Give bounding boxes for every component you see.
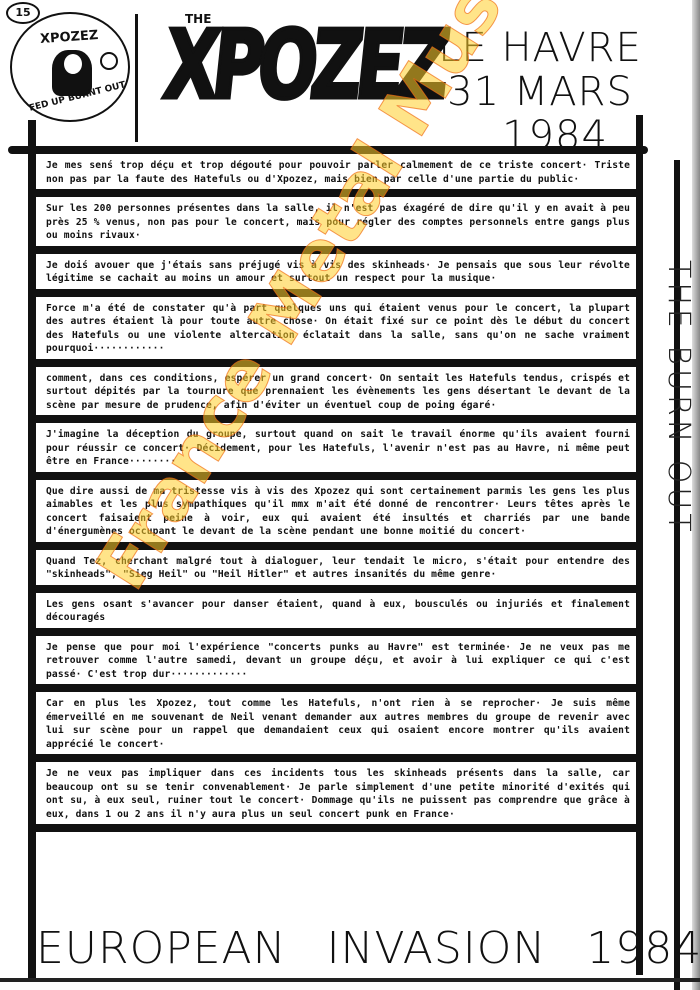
- badge-face-icon: [62, 52, 84, 76]
- footer-word-invasion: INVASION: [327, 923, 547, 974]
- paragraph-text: Quand Tez, cherchant malgré tout à dialo…: [46, 555, 630, 582]
- paragraph-text: Car en plus les Xpozez, tout comme les H…: [46, 697, 630, 751]
- article-paragraph: Que dire aussi de ma tristesse vis à vis…: [36, 480, 636, 550]
- band-logo: XPOZEZ: [160, 18, 448, 113]
- article-paragraph: Je ne veux pas impliquer dans ces incide…: [36, 762, 636, 832]
- article-paragraph: Je pense que pour moi l'expérience "conc…: [36, 636, 636, 693]
- footer-year: 1984: [586, 923, 700, 974]
- side-vertical-text: THE BURN OUT: [664, 260, 696, 680]
- badge-top-text: XPOZEZ: [40, 28, 99, 47]
- article-paragraph: comment, dans ces conditions, espérer un…: [36, 367, 636, 424]
- paragraph-text: Sur les 200 personnes présentes dans la …: [46, 202, 630, 243]
- event-date: 31 MARS: [410, 70, 670, 114]
- frame-top-bar: [8, 146, 648, 154]
- paragraph-text: Les gens osant s'avancer pour danser éta…: [46, 598, 630, 625]
- frame-right-bar: [636, 115, 643, 975]
- badge-fist-icon: [100, 52, 118, 70]
- paragraph-text: Je pense que pour moi l'expérience "conc…: [46, 641, 630, 682]
- article-paragraph: Je doiś avouer que j'étais sans préjugé …: [36, 254, 636, 297]
- frame-left-bar: [28, 120, 36, 980]
- article-paragraph: Les gens osant s'avancer pour danser éta…: [36, 593, 636, 636]
- paragraph-text: Que dire aussi de ma tristesse vis à vis…: [46, 485, 630, 539]
- paragraph-text: Je mes senś trop déçu et trop dégouté po…: [46, 159, 630, 186]
- paragraph-text: Je doiś avouer que j'étais sans préjugé …: [46, 259, 630, 286]
- paragraph-text: Force m'a été de constater qu'à part que…: [46, 302, 630, 356]
- paragraph-text: comment, dans ces conditions, espérer un…: [46, 372, 630, 413]
- paragraph-text: J'imagine la déception du groupe, surtou…: [46, 428, 630, 469]
- footer-banner: EUROPEANINVASION1984: [36, 924, 656, 974]
- article-paragraph: Car en plus les Xpozez, tout comme les H…: [36, 692, 636, 762]
- event-info: LE HAVRE 31 MARS 1984: [410, 26, 670, 158]
- bottom-rule: [0, 978, 700, 982]
- band-badge: XPOZEZ FED UP BURNT OUT: [10, 12, 130, 122]
- article-paragraph: Sur les 200 personnes présentes dans la …: [36, 197, 636, 254]
- page-number: 15: [6, 2, 40, 24]
- header-divider: [135, 14, 138, 142]
- article-paragraph: Quand Tez, cherchant malgré tout à dialo…: [36, 550, 636, 593]
- article-paragraph: J'imagine la déception du groupe, surtou…: [36, 423, 636, 480]
- article-paragraph: Je mes senś trop déçu et trop dégouté po…: [36, 154, 636, 197]
- footer-word-european: EUROPEAN: [36, 923, 287, 974]
- article-paragraph: Force m'a été de constater qu'à part que…: [36, 297, 636, 367]
- article-body: Je mes senś trop déçu et trop dégouté po…: [36, 154, 636, 832]
- paragraph-text: Je ne veux pas impliquer dans ces incide…: [46, 767, 630, 821]
- event-city: LE HAVRE: [410, 26, 670, 70]
